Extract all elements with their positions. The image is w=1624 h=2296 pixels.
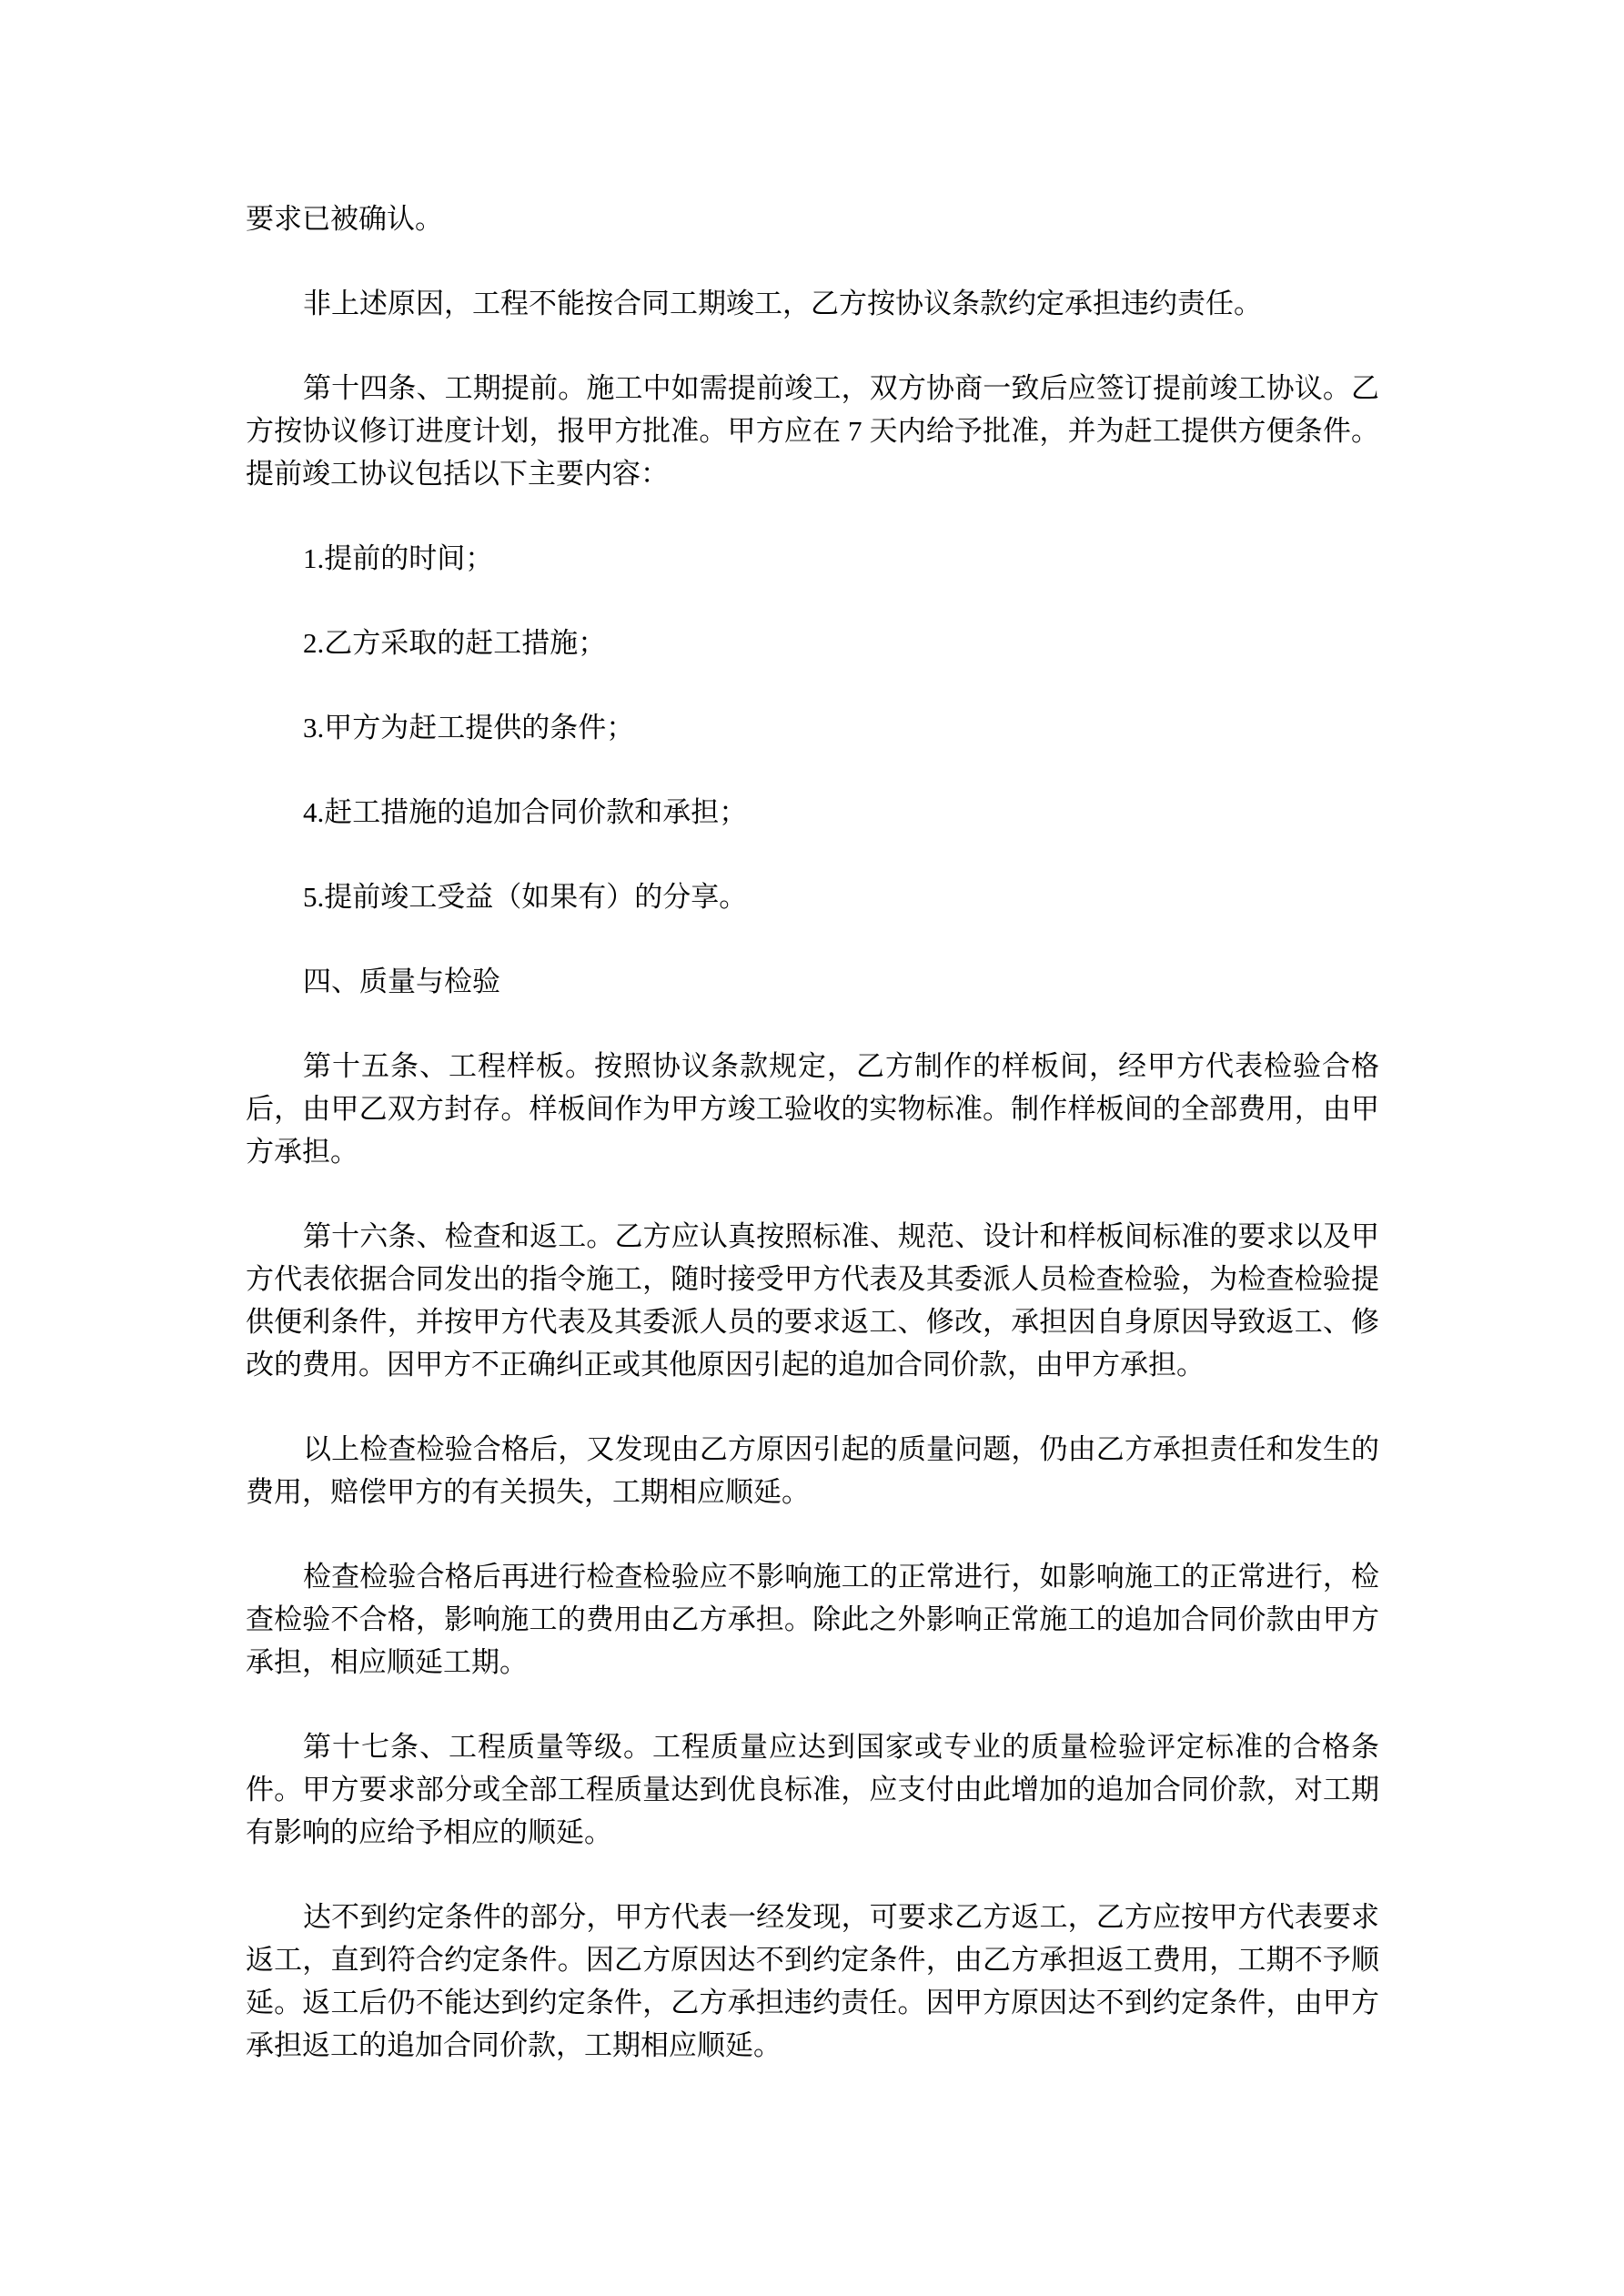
paragraph: 2.乙方采取的赶工措施；: [246, 622, 1379, 664]
paragraph: 第十四条、工期提前。施工中如需提前竣工，双方协商一致后应签订提前竣工协议。乙方按…: [246, 367, 1379, 495]
paragraph: 5.提前竣工受益（如果有）的分享。: [246, 875, 1379, 918]
paragraph: 要求已被确认。: [246, 197, 1379, 240]
document-body: 要求已被确认。非上述原因，工程不能按合同工期竣工，乙方按协议条款约定承担违约责任…: [246, 197, 1379, 2067]
paragraph: 4.赶工措施的追加合同价款和承担；: [246, 791, 1379, 834]
document-page: 要求已被确认。非上述原因，工程不能按合同工期竣工，乙方按协议条款约定承担违约责任…: [0, 0, 1624, 2296]
paragraph: 3.甲方为赶工提供的条件；: [246, 706, 1379, 749]
paragraph: 1.提前的时间；: [246, 537, 1379, 580]
paragraph: 四、质量与检验: [246, 960, 1379, 1003]
paragraph: 第十七条、工程质量等级。工程质量应达到国家或专业的质量检验评定标准的合格条件。甲…: [246, 1725, 1379, 1854]
paragraph: 非上述原因，工程不能按合同工期竣工，乙方按协议条款约定承担违约责任。: [246, 282, 1379, 325]
paragraph: 达不到约定条件的部分，甲方代表一经发现，可要求乙方返工，乙方应按甲方代表要求返工…: [246, 1896, 1379, 2067]
paragraph: 以上检查检验合格后，又发现由乙方原因引起的质量问题，仍由乙方承担责任和发生的费用…: [246, 1428, 1379, 1513]
paragraph: 第十六条、检查和返工。乙方应认真按照标准、规范、设计和样板间标准的要求以及甲方代…: [246, 1215, 1379, 1386]
paragraph: 检查检验合格后再进行检查检验应不影响施工的正常进行，如影响施工的正常进行，检查检…: [246, 1555, 1379, 1684]
paragraph: 第十五条、工程样板。按照协议条款规定，乙方制作的样板间，经甲方代表检验合格后，由…: [246, 1045, 1379, 1173]
